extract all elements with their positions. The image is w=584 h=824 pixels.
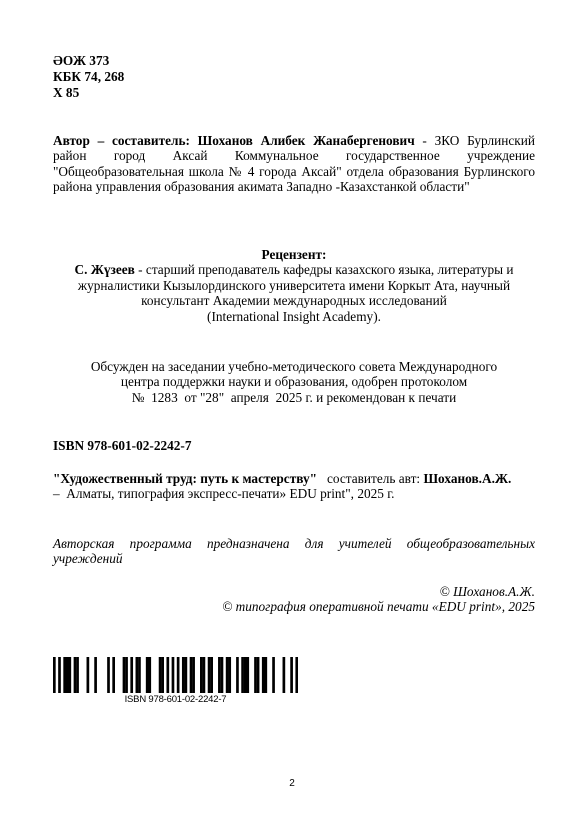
reviewer-heading: Рецензент: [53,247,535,262]
citation-block: "Художественный труд: путь к мастерству"… [53,471,538,502]
compiler-label: составитель авт: [317,471,423,486]
author-block: Автор – составитель: Шоханов Алибек Жана… [53,133,535,195]
approval-line1: Обсужден на заседании учебно-методическо… [53,359,535,374]
reviewer-line1: - старший преподаватель кафедры казахско… [135,262,514,277]
isbn-barcode [53,657,298,693]
reviewer-line3: консультант Академии международных иссле… [53,293,535,308]
copyright-author: © Шоханов.А.Ж. [222,584,535,599]
reviewer-block: Рецензент: С. Жүзеев - старший преподава… [53,247,535,324]
isbn: ISBN 978-601-02-2242-7 [53,438,192,453]
reviewer-line2: журналистики Кызылординского университет… [53,278,535,293]
approval-block: Обсужден на заседании учебно-методическо… [53,359,535,405]
approval-line3: № 1283 от "28" апреля 2025 г. и рекоменд… [53,390,535,405]
copyright-publisher: © типография оперативной печати «EDU pri… [222,599,535,614]
citation-publisher-line: – Алматы, типография экспресс-печати» ED… [53,486,538,501]
compiler-name: Шоханов.А.Ж. [423,471,511,486]
author-label: Автор – составитель: Шоханов Алибек Жана… [53,133,415,148]
annotation: Авторская программа предназначена для уч… [53,536,535,567]
approval-line2: центра поддержки науки и образования, од… [53,374,535,389]
page-number: 2 [0,776,584,791]
reviewer-name: С. Жүзеев [74,262,134,277]
copyright-block: © Шоханов.А.Ж. © типография оперативной … [222,584,535,615]
author-mark: Х 85 [53,85,124,101]
lbc-code: КБК 74, 268 [53,69,124,85]
book-title: "Художественный труд: путь к мастерству" [53,471,317,486]
classification-codes: ӘОЖ 373 КБК 74, 268 Х 85 [53,53,124,101]
reviewer-line4: (International Insight Academy). [53,309,535,324]
udc-code: ӘОЖ 373 [53,53,124,69]
barcode-caption: ISBN 978-601-02-2242-7 [53,694,298,705]
